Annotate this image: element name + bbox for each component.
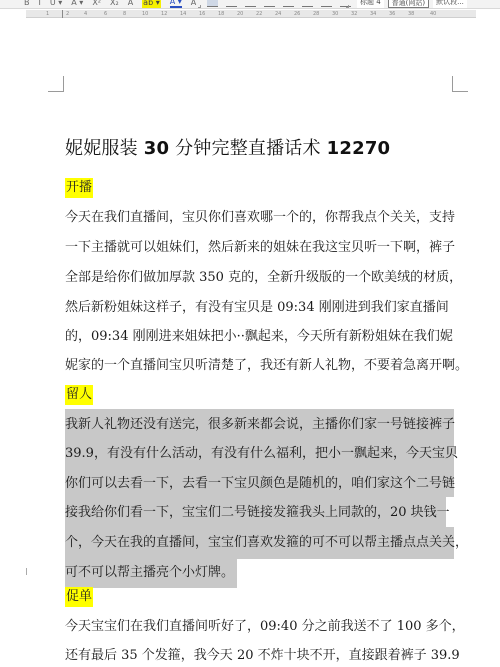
superscript-button[interactable]: X²: [92, 0, 101, 8]
paragraph-line: 今天宝宝们在我们直播间听好了，09:40 分之前我送不了 100 多个，: [65, 618, 465, 636]
horizontal-ruler[interactable]: 1 2 4 6 8 10 12 14 16 18 20 22 24 26 28 …: [26, 10, 476, 18]
paragraph-line: 妮家的一个直播间宝贝听清楚了，我还有新人礼物，不要着急离开啊。: [65, 357, 468, 375]
ruler-tick: 32: [351, 11, 357, 17]
justify-icon[interactable]: [264, 0, 275, 7]
distributed-icon[interactable]: [283, 0, 294, 7]
paragraph-line: 接我给你们看一下，宝宝们二号链接发箍我头上同款的，20 块钱一: [65, 504, 450, 522]
document-title: 妮妮服装 30 分钟完整直播话术 12270: [65, 134, 390, 160]
ruler-tick: 6: [104, 11, 107, 17]
italic-button[interactable]: I: [39, 0, 41, 8]
paragraph-dialog-launcher-icon[interactable]: [346, 5, 349, 8]
left-margin-marker: [26, 568, 29, 575]
align-right-icon[interactable]: [245, 0, 256, 7]
align-center-icon[interactable]: [226, 0, 237, 7]
ruler-tick: 30: [332, 11, 338, 17]
title-number: 30: [144, 138, 169, 159]
section-heading-cudan: 促单: [65, 587, 93, 607]
section-heading-liuren: 留人: [65, 385, 93, 405]
ruler-tick: 12: [161, 11, 167, 17]
ribbon-toolbar: B I U ▾ A ▾ X² X₂ A ab ▾ A ▾ A 标题 4 普通(网…: [0, 0, 500, 9]
title-text: 妮妮服装: [65, 138, 144, 159]
paragraph-line: 一下主播就可以姐妹们，然后新来的姐妹在我这宝贝听一下啊，裤子: [65, 239, 455, 257]
text-effects-button[interactable]: A: [128, 0, 133, 8]
paragraph-line: 然后新粉姐妹这样子，有没有宝贝是 09:34 刚刚进到我们家直播间: [65, 299, 449, 317]
paragraph-line: 全部是给你们做加厚款 350 克的，全新升级版的一个欧美绒的材质，: [65, 269, 462, 287]
ruler-tick: 1: [46, 11, 49, 17]
ruler-tick: 28: [313, 11, 319, 17]
paragraph-line: 39.9，有没有什么活动，有没有什么福利，把小一飘起来，今天宝贝: [65, 445, 458, 463]
ruler-tick: 20: [237, 11, 243, 17]
ruler-tick: 10: [142, 11, 148, 17]
margin-corner-marker: [452, 76, 468, 92]
ruler-tick: 14: [180, 11, 186, 17]
subscript-button[interactable]: X₂: [110, 0, 119, 8]
ruler-tick: 38: [408, 11, 414, 17]
paragraph-line: 还有最后 35 个发箍，我今天 20 不炸十块不开，直接跟着裤子 39.9: [65, 647, 460, 665]
align-left-icon[interactable]: [207, 0, 218, 7]
section-heading-kaibo: 开播: [65, 178, 93, 198]
bold-button[interactable]: B: [24, 0, 30, 8]
ruler-tick: 4: [84, 11, 87, 17]
title-number: 12270: [327, 138, 391, 159]
strikethrough-button[interactable]: A ▾: [71, 0, 83, 8]
underline-button[interactable]: U ▾: [50, 0, 62, 8]
paragraph-line: 你们可以去看一下，去看一下宝贝颜色是随机的，咱们家这个二号链: [65, 475, 455, 493]
paragraph-line: 的，09:34 刚刚进来姐妹把小··飘起来，今天所有新粉姐妹在我们妮: [65, 328, 453, 346]
highlight-color-button[interactable]: ab ▾: [142, 0, 161, 8]
char-shading-button[interactable]: A: [191, 0, 196, 8]
paragraph-group: [207, 0, 351, 7]
font-dialog-launcher-icon[interactable]: [198, 5, 201, 8]
style-heading4[interactable]: 标题 4: [357, 0, 384, 8]
paragraph-line: 个，今天在我的直播间，宝宝们喜欢发箍的可不可以帮主播点点关关，: [65, 534, 468, 552]
ruler-tick: 34: [370, 11, 376, 17]
paragraph-line: 我新人礼物还没有送完，很多新来都会说，主播你们家一号链接裤子: [65, 416, 455, 434]
ruler-tick: 24: [275, 11, 281, 17]
font-color-button[interactable]: A ▾: [170, 0, 182, 8]
margin-corner-marker: [48, 76, 64, 92]
title-text: 分钟完整直播话术: [169, 138, 326, 159]
line-spacing-icon[interactable]: [302, 0, 313, 7]
paragraph-line: 可不可以帮主播亮个小灯牌。: [65, 564, 234, 582]
ruler-tick: 40: [430, 11, 436, 17]
ruler-tick: 16: [199, 11, 205, 17]
ruler-tick: 8: [123, 11, 126, 17]
font-format-group: B I U ▾ A ▾ X² X₂ A ab ▾ A ▾ A: [24, 0, 196, 8]
styles-gallery: 标题 4 普通(网站) 默认段...: [357, 0, 467, 8]
style-default-paragraph[interactable]: 默认段...: [433, 0, 467, 8]
ruler-tick: 22: [256, 11, 262, 17]
ruler-tick: 18: [218, 11, 224, 17]
style-normal-web[interactable]: 普通(网站): [388, 0, 429, 8]
ruler-tick: 2: [66, 11, 69, 17]
ruler-tick: 26: [294, 11, 300, 17]
paragraph-line: 今天在我们直播间，宝贝你们喜欢哪一个的，你帮我点个关关，支持: [65, 209, 455, 227]
ruler-tick: 36: [389, 11, 395, 17]
shading-icon[interactable]: [321, 0, 332, 7]
